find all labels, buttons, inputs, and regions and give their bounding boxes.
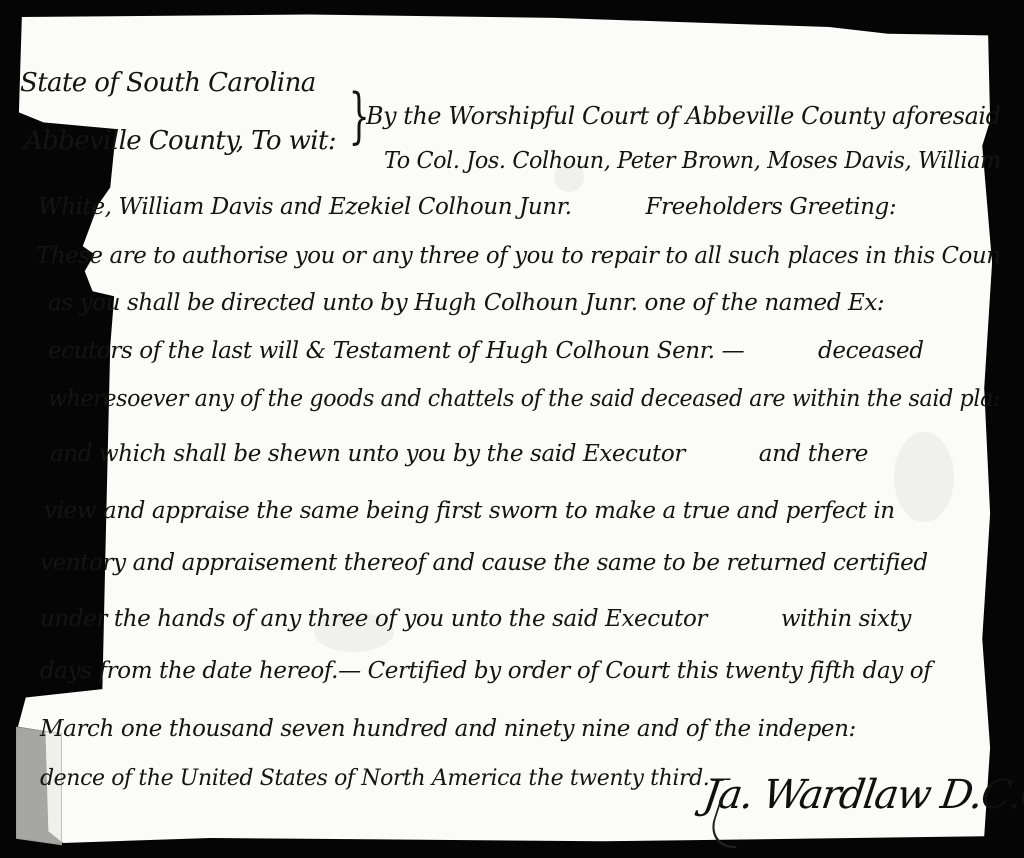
text-line-9: under the hands of any three of you unto… (40, 608, 911, 631)
text-line-6-left: and which shall be shewn unto you by the… (50, 441, 685, 467)
text-line-7: view and appraise the same being first s… (44, 500, 895, 523)
heading-state: State of South Carolina (20, 70, 316, 96)
text-line-4: ecutors of the last will & Testament of … (48, 340, 924, 363)
scanned-document: State of South Carolina Abbeville County… (0, 0, 1024, 858)
text-line-12: dence of the United States of North Amer… (40, 768, 731, 790)
text-line-2: These are to authorise you or any three … (36, 245, 1001, 268)
text-line-9-right: within sixty (781, 606, 911, 632)
heading-issuer: By the Worshipful Court of Abbeville Cou… (366, 104, 1000, 128)
text-line-5: wheresoever any of the goods and chattel… (48, 388, 1000, 411)
text-line-1-left: White, William Davis and Ezekiel Colhoun… (38, 194, 572, 220)
text-line-8: ventory and appraisement thereof and cau… (40, 552, 928, 575)
text-line-10: days from the date hereof.— Certified by… (40, 660, 931, 683)
text-line-6: and which shall be shewn unto you by the… (50, 443, 868, 466)
heading-addressees: To Col. Jos. Colhoun, Peter Brown, Moses… (384, 150, 1001, 173)
text-line-4-left: ecutors of the last will & Testament of … (48, 338, 744, 364)
heading-county: Abbeville County, To wit: (24, 128, 336, 154)
clerk-signature: Ja. Wardlaw D.C.C. (701, 772, 1024, 818)
text-line-3: as you shall be directed unto by Hugh Co… (48, 292, 884, 315)
text-line-4-right: deceased (818, 338, 923, 364)
manuscript-text: State of South Carolina Abbeville County… (0, 0, 1024, 858)
text-line-6-right: and there (759, 441, 868, 467)
text-line-1-right: Freeholders Greeting: (646, 194, 897, 220)
text-line-9-left: under the hands of any three of you unto… (40, 606, 707, 632)
text-line-1: White, William Davis and Ezekiel Colhoun… (38, 196, 896, 219)
text-line-11: March one thousand seven hundred and nin… (40, 718, 856, 741)
